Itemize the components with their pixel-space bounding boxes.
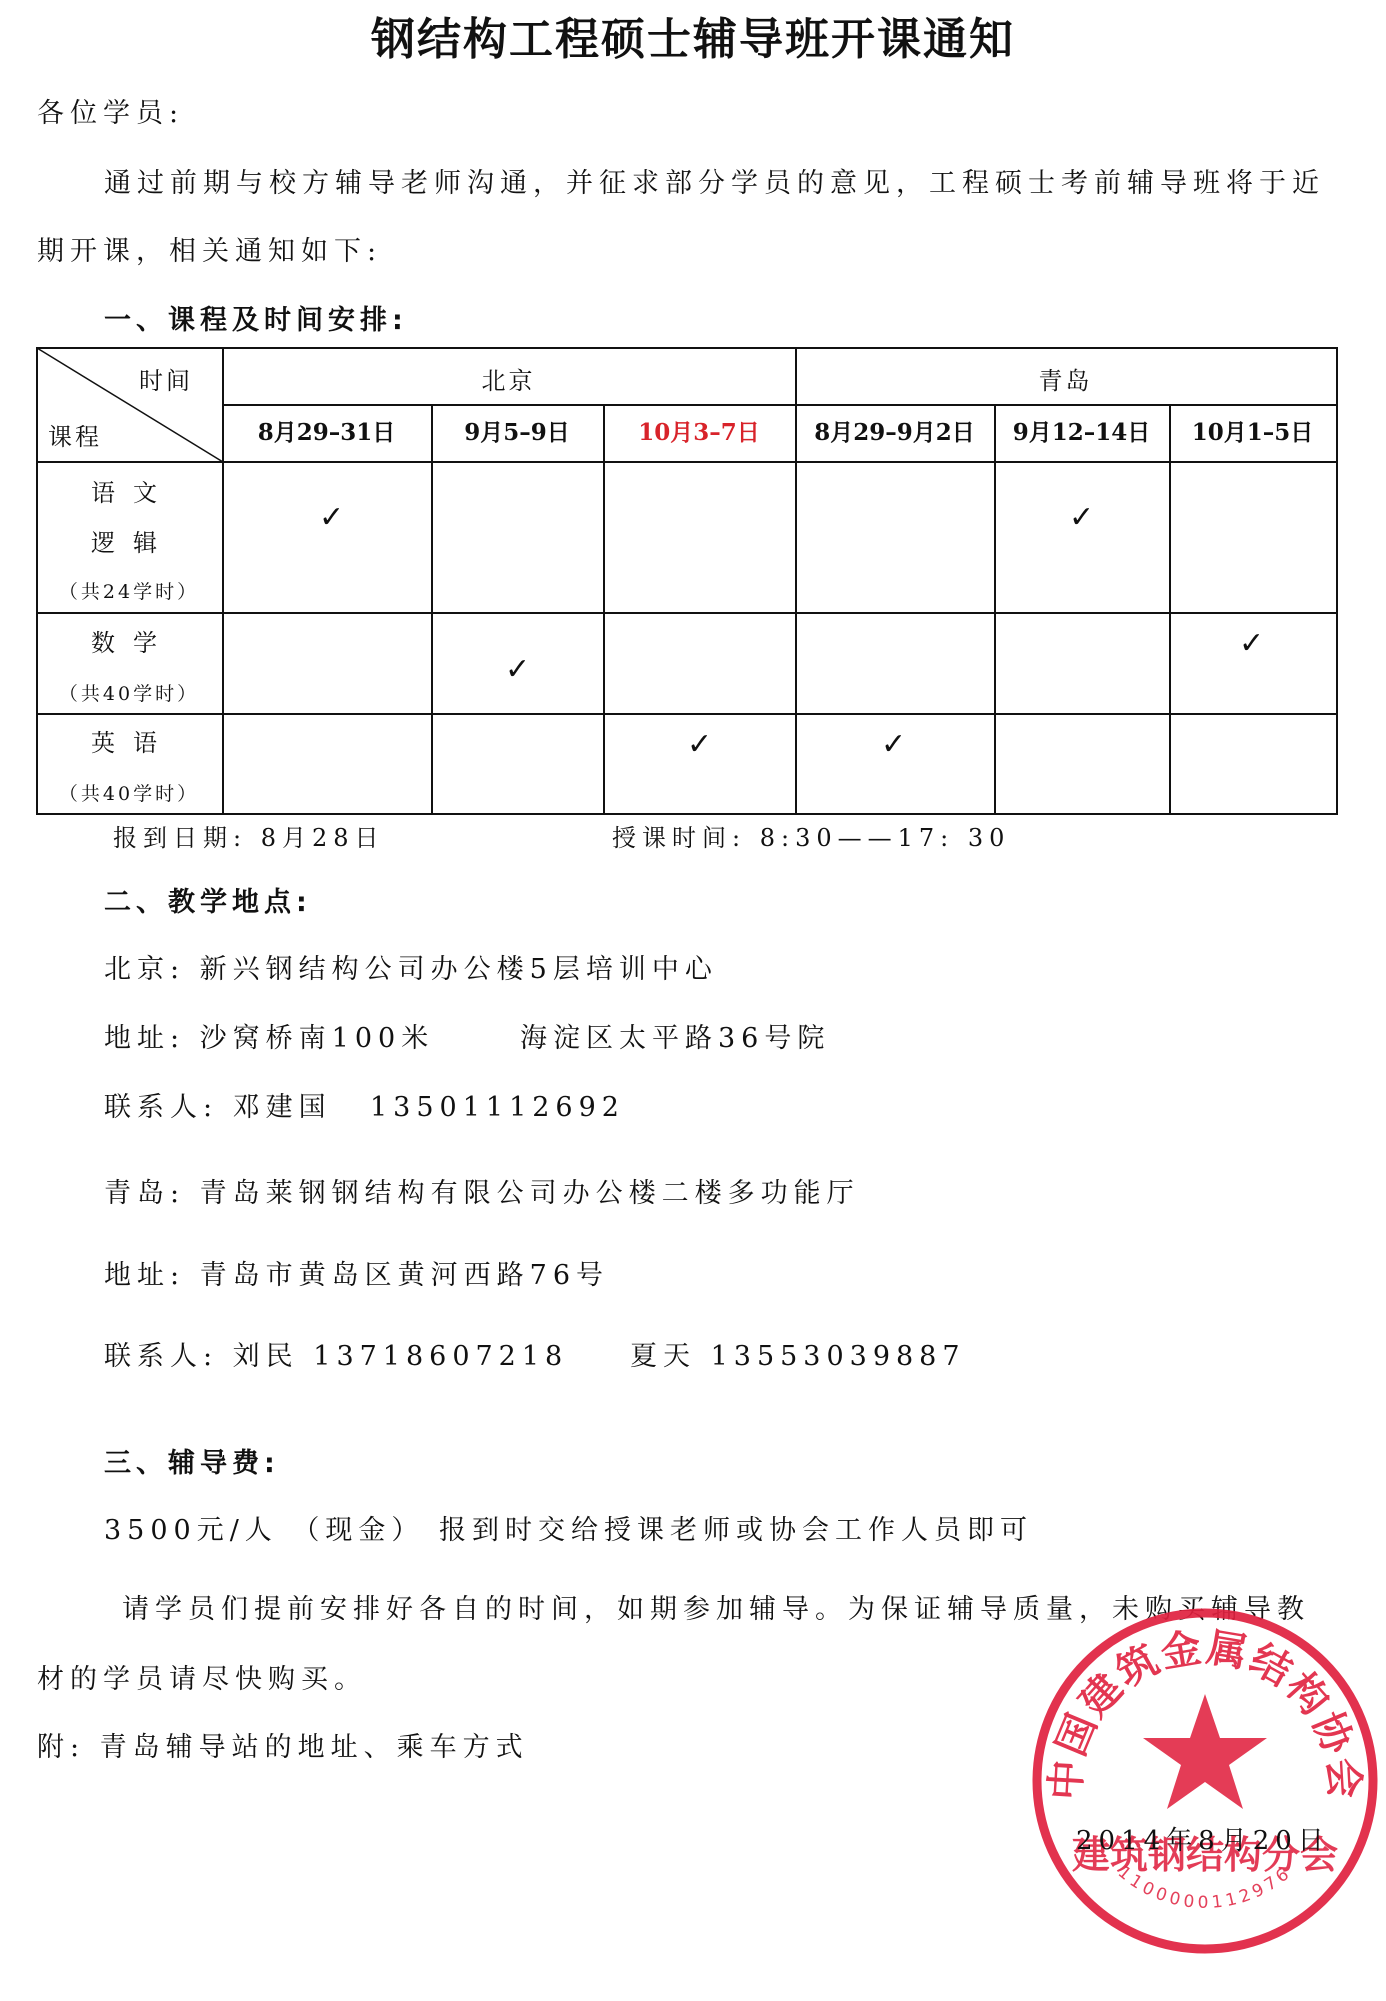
beijing-address: 地址: 沙窝桥南100米 <box>104 1021 434 1057</box>
table-row-divider-2 <box>36 713 1338 715</box>
city-header-qingdao: 青岛 <box>795 361 1336 396</box>
course-name: 英语 <box>48 723 218 758</box>
table-border-bottom <box>36 813 1338 815</box>
table-row-divider-1 <box>36 612 1338 614</box>
check-icon: ✓ <box>319 503 344 533</box>
official-seal-icon: 中国建筑金属结构协会 建筑钢结构分会 1100000112976 <box>1030 1606 1380 1956</box>
check-icon: ✓ <box>505 655 530 685</box>
check-icon: ✓ <box>1239 629 1264 659</box>
city-header-beijing: 北京 <box>222 361 795 396</box>
beijing-address-detail: 海淀区太平路36号院 <box>520 1021 830 1057</box>
table-col-divider <box>603 404 605 815</box>
course-hours: （共24学时） <box>36 577 222 604</box>
check-icon: ✓ <box>1069 503 1094 533</box>
date-header: 10月1–5日 <box>1169 405 1336 461</box>
section-1-heading: 一、课程及时间安排: <box>104 303 408 339</box>
document-title: 钢结构工程硕士辅导班开课通知 <box>0 12 1386 68</box>
date-header: 9月12–14日 <box>994 405 1169 461</box>
qingdao-address: 地址: 青岛市黄岛区黄河西路76号 <box>104 1258 609 1294</box>
attachment-note: 附: 青岛辅导站的地址、乘车方式 <box>37 1730 529 1766</box>
table-header-bottom <box>36 461 1338 463</box>
date-header: 9月5–9日 <box>431 405 603 461</box>
intro-line-1: 通过前期与校方辅导老师沟通，并征求部分学员的意见，工程硕士考前辅导班将于近 <box>104 166 1325 202</box>
course-name: 逻辑 <box>48 523 218 558</box>
course-hours: （共40学时） <box>36 679 222 706</box>
corner-label-course: 课程 <box>40 417 110 452</box>
intro-line-2: 期开课，相关通知如下: <box>37 234 382 270</box>
table-col-divider <box>1169 404 1171 815</box>
beijing-venue: 北京: 新兴钢结构公司办公楼5层培训中心 <box>104 952 718 988</box>
signature-date: 2014年8月20日 <box>1076 1820 1330 1857</box>
closing-line-2: 材的学员请尽快购买。 <box>37 1662 367 1698</box>
date-header: 8月29–31日 <box>222 405 431 461</box>
schedule-table: 时间 课程 北京 青岛 8月29–31日 9月5–9日 10月3–7日 8月29… <box>36 347 1338 813</box>
table-border-top <box>36 347 1338 349</box>
check-icon: ✓ <box>881 730 906 760</box>
report-date: 报到日期: 8月28日 <box>113 820 385 856</box>
date-header-highlighted: 10月3–7日 <box>603 405 795 461</box>
course-name: 语文 <box>48 473 218 508</box>
course-hours: （共40学时） <box>36 779 222 806</box>
fee-text: 3500元/人 （现金） 报到时交给授课老师或协会工作人员即可 <box>104 1513 1033 1549</box>
beijing-contact: 联系人: 邓建国 <box>104 1090 332 1126</box>
date-header: 8月29–9月2日 <box>795 405 994 461</box>
section-3-heading: 三、辅导费: <box>104 1446 280 1482</box>
qingdao-contact-1: 联系人: 刘民 13718607218 <box>104 1339 568 1375</box>
table-col-divider <box>431 404 433 815</box>
corner-label-time: 时间 <box>116 361 216 396</box>
check-icon: ✓ <box>687 730 712 760</box>
salutation: 各位学员: <box>37 96 184 132</box>
course-name: 数学 <box>48 623 218 658</box>
qingdao-contact-2: 夏天 13553039887 <box>630 1339 966 1375</box>
beijing-phone: 13501112692 <box>370 1090 625 1126</box>
class-time: 授课时间: 8:30——17: 30 <box>612 820 1010 856</box>
table-col-divider <box>994 404 996 815</box>
qingdao-venue: 青岛: 青岛莱钢钢结构有限公司办公楼二楼多功能厅 <box>104 1176 860 1212</box>
table-border-right <box>1336 347 1338 815</box>
section-2-heading: 二、教学地点: <box>104 885 312 921</box>
